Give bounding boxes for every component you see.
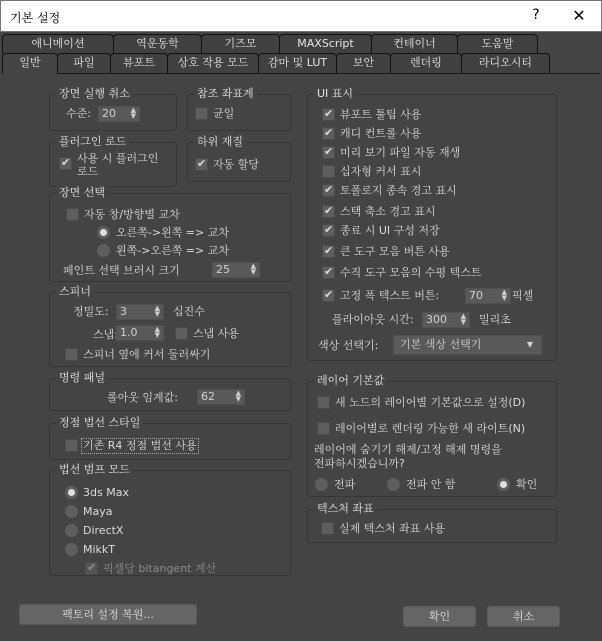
caddy-controls-checkbox[interactable] bbox=[322, 127, 335, 140]
snap-spinner[interactable]: 1.0 ▲▼ bbox=[116, 325, 164, 341]
bump-directx-radio[interactable] bbox=[65, 524, 78, 537]
wrap-cursor-checkbox[interactable] bbox=[65, 348, 78, 361]
reference-coord-group: 참조 좌표계 균일 bbox=[187, 94, 291, 131]
tab-help[interactable]: 도움말 bbox=[457, 34, 538, 54]
viewport-tooltips-checkbox[interactable] bbox=[322, 108, 335, 121]
left-to-right-label: 왼쪽->오른쪽 => 교차 bbox=[116, 244, 229, 258]
large-toolbar-buttons-label: 큰 도구 모음 버튼 사용 bbox=[340, 245, 450, 259]
ask-label: 확인 bbox=[516, 478, 537, 492]
save-ui-on-exit-checkbox[interactable] bbox=[322, 224, 335, 237]
auto-window-crossing-checkbox[interactable] bbox=[66, 208, 79, 221]
flyout-time-label: 플라이아웃 시간: bbox=[332, 313, 414, 327]
scene-selection-title: 장면 선택 bbox=[56, 186, 108, 200]
tab-maxscript[interactable]: MAXScript bbox=[279, 34, 372, 54]
paint-brush-size-value: 25 bbox=[216, 263, 230, 276]
snap-label: 스냅: bbox=[93, 328, 118, 342]
tab-security[interactable]: 보안 bbox=[336, 53, 391, 73]
bump-mikkt-radio[interactable] bbox=[65, 543, 78, 556]
real-world-coords-checkbox[interactable] bbox=[321, 522, 334, 535]
fixed-width-text-buttons-label: 고정 폭 텍스트 버튼: bbox=[340, 289, 439, 303]
tab-rendering[interactable]: 렌더링 bbox=[390, 53, 462, 73]
spinner-arrows-icon[interactable]: ▲▼ bbox=[155, 305, 160, 317]
spinner-arrows-icon[interactable]: ▲▼ bbox=[502, 289, 507, 301]
spinner-arrows-icon[interactable]: ▲▼ bbox=[131, 107, 136, 119]
cancel-button[interactable]: 취소 bbox=[487, 606, 560, 627]
legacy-normals-checkbox[interactable] bbox=[65, 439, 78, 452]
stack-collapse-warning-checkbox[interactable] bbox=[322, 205, 335, 218]
bump-directx-label: DirectX bbox=[83, 524, 123, 538]
auto-assign-checkbox[interactable] bbox=[195, 158, 208, 171]
autoplay-preview-checkbox[interactable] bbox=[322, 146, 335, 159]
decimals-label: 십진수 bbox=[173, 305, 205, 319]
wrap-cursor-label: 스피너 옆에 커서 둘러싸기 bbox=[83, 348, 210, 362]
paint-brush-size-spinner[interactable]: 25 ▲▼ bbox=[212, 262, 260, 278]
uniform-label: 균일 bbox=[213, 107, 234, 121]
spinner-arrows-icon[interactable]: ▲▼ bbox=[155, 326, 160, 338]
right-to-left-radio[interactable] bbox=[97, 226, 110, 239]
flyout-time-value: 300 bbox=[426, 313, 447, 326]
precision-spinner[interactable]: 3 ▲▼ bbox=[116, 304, 164, 320]
topology-warning-checkbox[interactable] bbox=[322, 184, 335, 197]
spinners-title: 스피너 bbox=[56, 285, 94, 299]
plugin-load-title: 플러그인 로드 bbox=[56, 135, 129, 149]
use-snap-label: 스냅 사용 bbox=[193, 327, 239, 341]
new-node-layer-default-label: 새 노드의 레이어별 기본값으로 설정(D) bbox=[335, 396, 525, 410]
tab-interaction-mode[interactable]: 상호 작용 모드 bbox=[167, 53, 259, 73]
tab-viewports[interactable]: 뷰포트 bbox=[110, 53, 168, 73]
spinner-arrows-icon[interactable]: ▲▼ bbox=[236, 390, 241, 402]
bump-mikkt-label: MikkT bbox=[83, 543, 115, 557]
spinners-group: 스피너 정밀도: 3 ▲▼ 십진수 스냅: 1.0 ▲▼ 스냅 사용 스피너 옆… bbox=[49, 292, 291, 367]
renderable-light-label: 레이어별로 렌더링 가능한 새 라이트(N) bbox=[335, 422, 525, 436]
window-title: 기본 설정 bbox=[10, 9, 60, 26]
autoplay-preview-label: 미리 보기 파일 자동 재생 bbox=[340, 146, 460, 160]
tab-inverse-kinematics[interactable]: 역운동학 bbox=[113, 34, 202, 54]
tab-row-2: 일반 파일 뷰포트 상호 작용 모드 감마 및 LUT 보안 렌더링 라디오시티 bbox=[2, 53, 549, 73]
fixed-width-text-buttons-checkbox[interactable] bbox=[322, 289, 335, 302]
tab-panel-border bbox=[2, 73, 600, 74]
scene-selection-group: 장면 선택 자동 창/방향별 교차 오른쪽->왼쪽 => 교차 왼쪽->오른쪽 … bbox=[49, 193, 291, 282]
dont-propagate-radio[interactable] bbox=[387, 478, 400, 491]
tab-general[interactable]: 일반 bbox=[2, 53, 58, 74]
tab-radiosity[interactable]: 라디오시티 bbox=[461, 53, 550, 73]
propagate-question-line2: 전파하시겠습니까? bbox=[314, 457, 405, 471]
fixed-width-spinner[interactable]: 70 ▲▼ bbox=[465, 288, 511, 304]
undo-level-label: 수준: bbox=[66, 107, 91, 121]
fixed-width-value: 70 bbox=[469, 289, 483, 302]
renderable-light-checkbox[interactable] bbox=[317, 422, 330, 435]
scene-undo-group: 장면 실행 취소 수준: 20 ▲▼ bbox=[49, 94, 177, 131]
help-button[interactable]: ? bbox=[528, 7, 544, 23]
tab-containers[interactable]: 컨테이너 bbox=[371, 34, 458, 54]
propagate-radio[interactable] bbox=[315, 478, 328, 491]
tab-files[interactable]: 파일 bbox=[57, 53, 111, 73]
load-on-use-label-line1: 사용 시 플러그인 bbox=[77, 152, 158, 166]
close-button[interactable]: ✕ bbox=[569, 6, 589, 25]
rollout-threshold-label: 롤아웃 임계값: bbox=[107, 391, 178, 405]
undo-level-spinner[interactable]: 20 ▲▼ bbox=[98, 106, 140, 122]
rollout-threshold-spinner[interactable]: 62 ▲▼ bbox=[197, 389, 245, 405]
bump-maya-radio[interactable] bbox=[65, 505, 78, 518]
left-to-right-radio[interactable] bbox=[97, 244, 110, 257]
normal-bump-group: 법선 범프 모드 3ds Max Maya DirectX MikkT 픽셀당 … bbox=[49, 470, 291, 576]
crosshair-cursor-label: 십자형 커서 표시 bbox=[340, 165, 421, 179]
plugin-load-group: 플러그인 로드 사용 시 플러그인 로드 bbox=[49, 142, 177, 187]
topology-warning-label: 토폴로지 종속 경고 표시 bbox=[340, 184, 457, 198]
color-picker-dropdown[interactable]: 기본 색상 선택기 ▼ bbox=[393, 335, 542, 355]
reference-coord-title: 참조 좌표계 bbox=[194, 87, 257, 101]
tab-animation[interactable]: 애니메이션 bbox=[2, 34, 114, 54]
command-panel-group: 명령 패널 롤아웃 임계값: 62 ▲▼ bbox=[49, 378, 291, 411]
stack-collapse-warning-label: 스택 축소 경고 표시 bbox=[340, 205, 436, 219]
per-pixel-bitangent-checkbox[interactable] bbox=[85, 562, 98, 575]
save-ui-on-exit-label: 종료 시 UI 구성 저장 bbox=[340, 224, 440, 238]
layer-defaults-title: 레이어 기본값 bbox=[314, 374, 387, 388]
auto-assign-label: 자동 할당 bbox=[213, 158, 259, 172]
precision-value: 3 bbox=[120, 305, 127, 318]
sub-material-title: 하위 재질 bbox=[194, 135, 246, 149]
use-snap-checkbox[interactable] bbox=[175, 327, 188, 340]
real-world-coords-label: 실제 텍스처 좌표 사용 bbox=[339, 522, 445, 536]
color-picker-value: 기본 색상 선택기 bbox=[400, 338, 481, 351]
right-to-left-label: 오른쪽->왼쪽 => 교차 bbox=[116, 226, 229, 240]
large-toolbar-buttons-checkbox[interactable] bbox=[322, 245, 335, 258]
vertex-normal-title: 정점 법선 스타일 bbox=[56, 416, 143, 430]
scene-undo-title: 장면 실행 취소 bbox=[56, 87, 133, 101]
caddy-controls-label: 캐디 컨트롤 사용 bbox=[340, 127, 421, 141]
ask-radio[interactable] bbox=[497, 478, 510, 491]
normal-bump-title: 법선 범프 모드 bbox=[56, 463, 133, 477]
bump-3dsmax-radio[interactable] bbox=[65, 486, 78, 499]
ok-button[interactable]: 확인 bbox=[403, 606, 476, 627]
vertex-normal-group: 정점 법선 스타일 기존 R4 정점 법선 사용 bbox=[49, 423, 291, 460]
tab-row-1: 애니메이션 역운동학 기즈모 MAXScript 컨테이너 도움말 bbox=[2, 34, 537, 54]
new-node-layer-default-checkbox[interactable] bbox=[317, 396, 330, 409]
fixed-width-unit: 픽셀 bbox=[512, 289, 533, 303]
tab-gizmos[interactable]: 기즈모 bbox=[201, 34, 280, 54]
snap-value: 1.0 bbox=[120, 326, 138, 339]
uniform-checkbox[interactable] bbox=[195, 107, 208, 120]
dont-propagate-label: 전파 안 함 bbox=[406, 478, 456, 492]
paint-brush-size-label: 페인트 선택 브러시 크기 bbox=[63, 264, 180, 278]
chevron-down-icon: ▼ bbox=[527, 336, 533, 354]
propagate-question-line1: 레이어에 숨기기 해제/고정 해제 명령을 bbox=[314, 443, 502, 457]
load-on-use-checkbox[interactable] bbox=[59, 157, 72, 170]
command-panel-title: 명령 패널 bbox=[56, 371, 108, 385]
horizontal-text-vertical-toolbar-label: 수직 도구 모음의 수평 텍스트 bbox=[340, 266, 482, 280]
texture-coords-title: 텍스처 좌표 bbox=[314, 502, 377, 516]
propagate-label: 전파 bbox=[334, 478, 355, 492]
auto-window-crossing-label: 자동 창/방향별 교차 bbox=[84, 208, 180, 222]
load-on-use-label-line2: 로드 bbox=[77, 165, 98, 179]
legacy-normals-label: 기존 R4 정점 법선 사용 bbox=[82, 439, 198, 453]
texture-coords-group: 텍스처 좌표 실제 텍스처 좌표 사용 bbox=[307, 509, 557, 543]
spinner-arrows-icon[interactable]: ▲▼ bbox=[251, 263, 256, 275]
horizontal-text-vertical-toolbar-checkbox[interactable] bbox=[322, 266, 335, 279]
rollout-threshold-value: 62 bbox=[201, 390, 215, 403]
ui-display-title: UI 표시 bbox=[314, 87, 356, 101]
title-bar: 기본 설정 ? ✕ bbox=[0, 0, 602, 32]
color-picker-label: 색상 선택기: bbox=[318, 339, 378, 353]
precision-label: 정밀도: bbox=[73, 305, 109, 319]
undo-level-value: 20 bbox=[102, 107, 116, 120]
layer-defaults-group: 레이어 기본값 새 노드의 레이어별 기본값으로 설정(D) 레이어별로 렌더링… bbox=[307, 381, 557, 497]
bump-3dsmax-label: 3ds Max bbox=[83, 486, 129, 500]
flyout-time-unit: 밀리초 bbox=[479, 313, 511, 327]
viewport-tooltips-label: 뷰포트 툴팁 사용 bbox=[340, 108, 421, 122]
per-pixel-bitangent-label: 픽셀당 bitangent 계산 bbox=[103, 562, 216, 576]
bump-maya-label: Maya bbox=[83, 505, 112, 519]
reset-factory-settings-button[interactable]: 팩토리 설정 복원... bbox=[19, 604, 197, 625]
ui-display-group: UI 표시 뷰포트 툴팁 사용 캐디 컨트롤 사용 미리 보기 파일 자동 재생… bbox=[307, 94, 557, 361]
spinner-arrows-icon[interactable]: ▲▼ bbox=[461, 313, 466, 325]
tab-gamma-lut[interactable]: 감마 및 LUT bbox=[258, 53, 337, 73]
crosshair-cursor-checkbox[interactable] bbox=[322, 165, 335, 178]
flyout-time-spinner[interactable]: 300 ▲▼ bbox=[422, 312, 470, 328]
sub-material-group: 하위 재질 자동 할당 bbox=[187, 142, 291, 182]
